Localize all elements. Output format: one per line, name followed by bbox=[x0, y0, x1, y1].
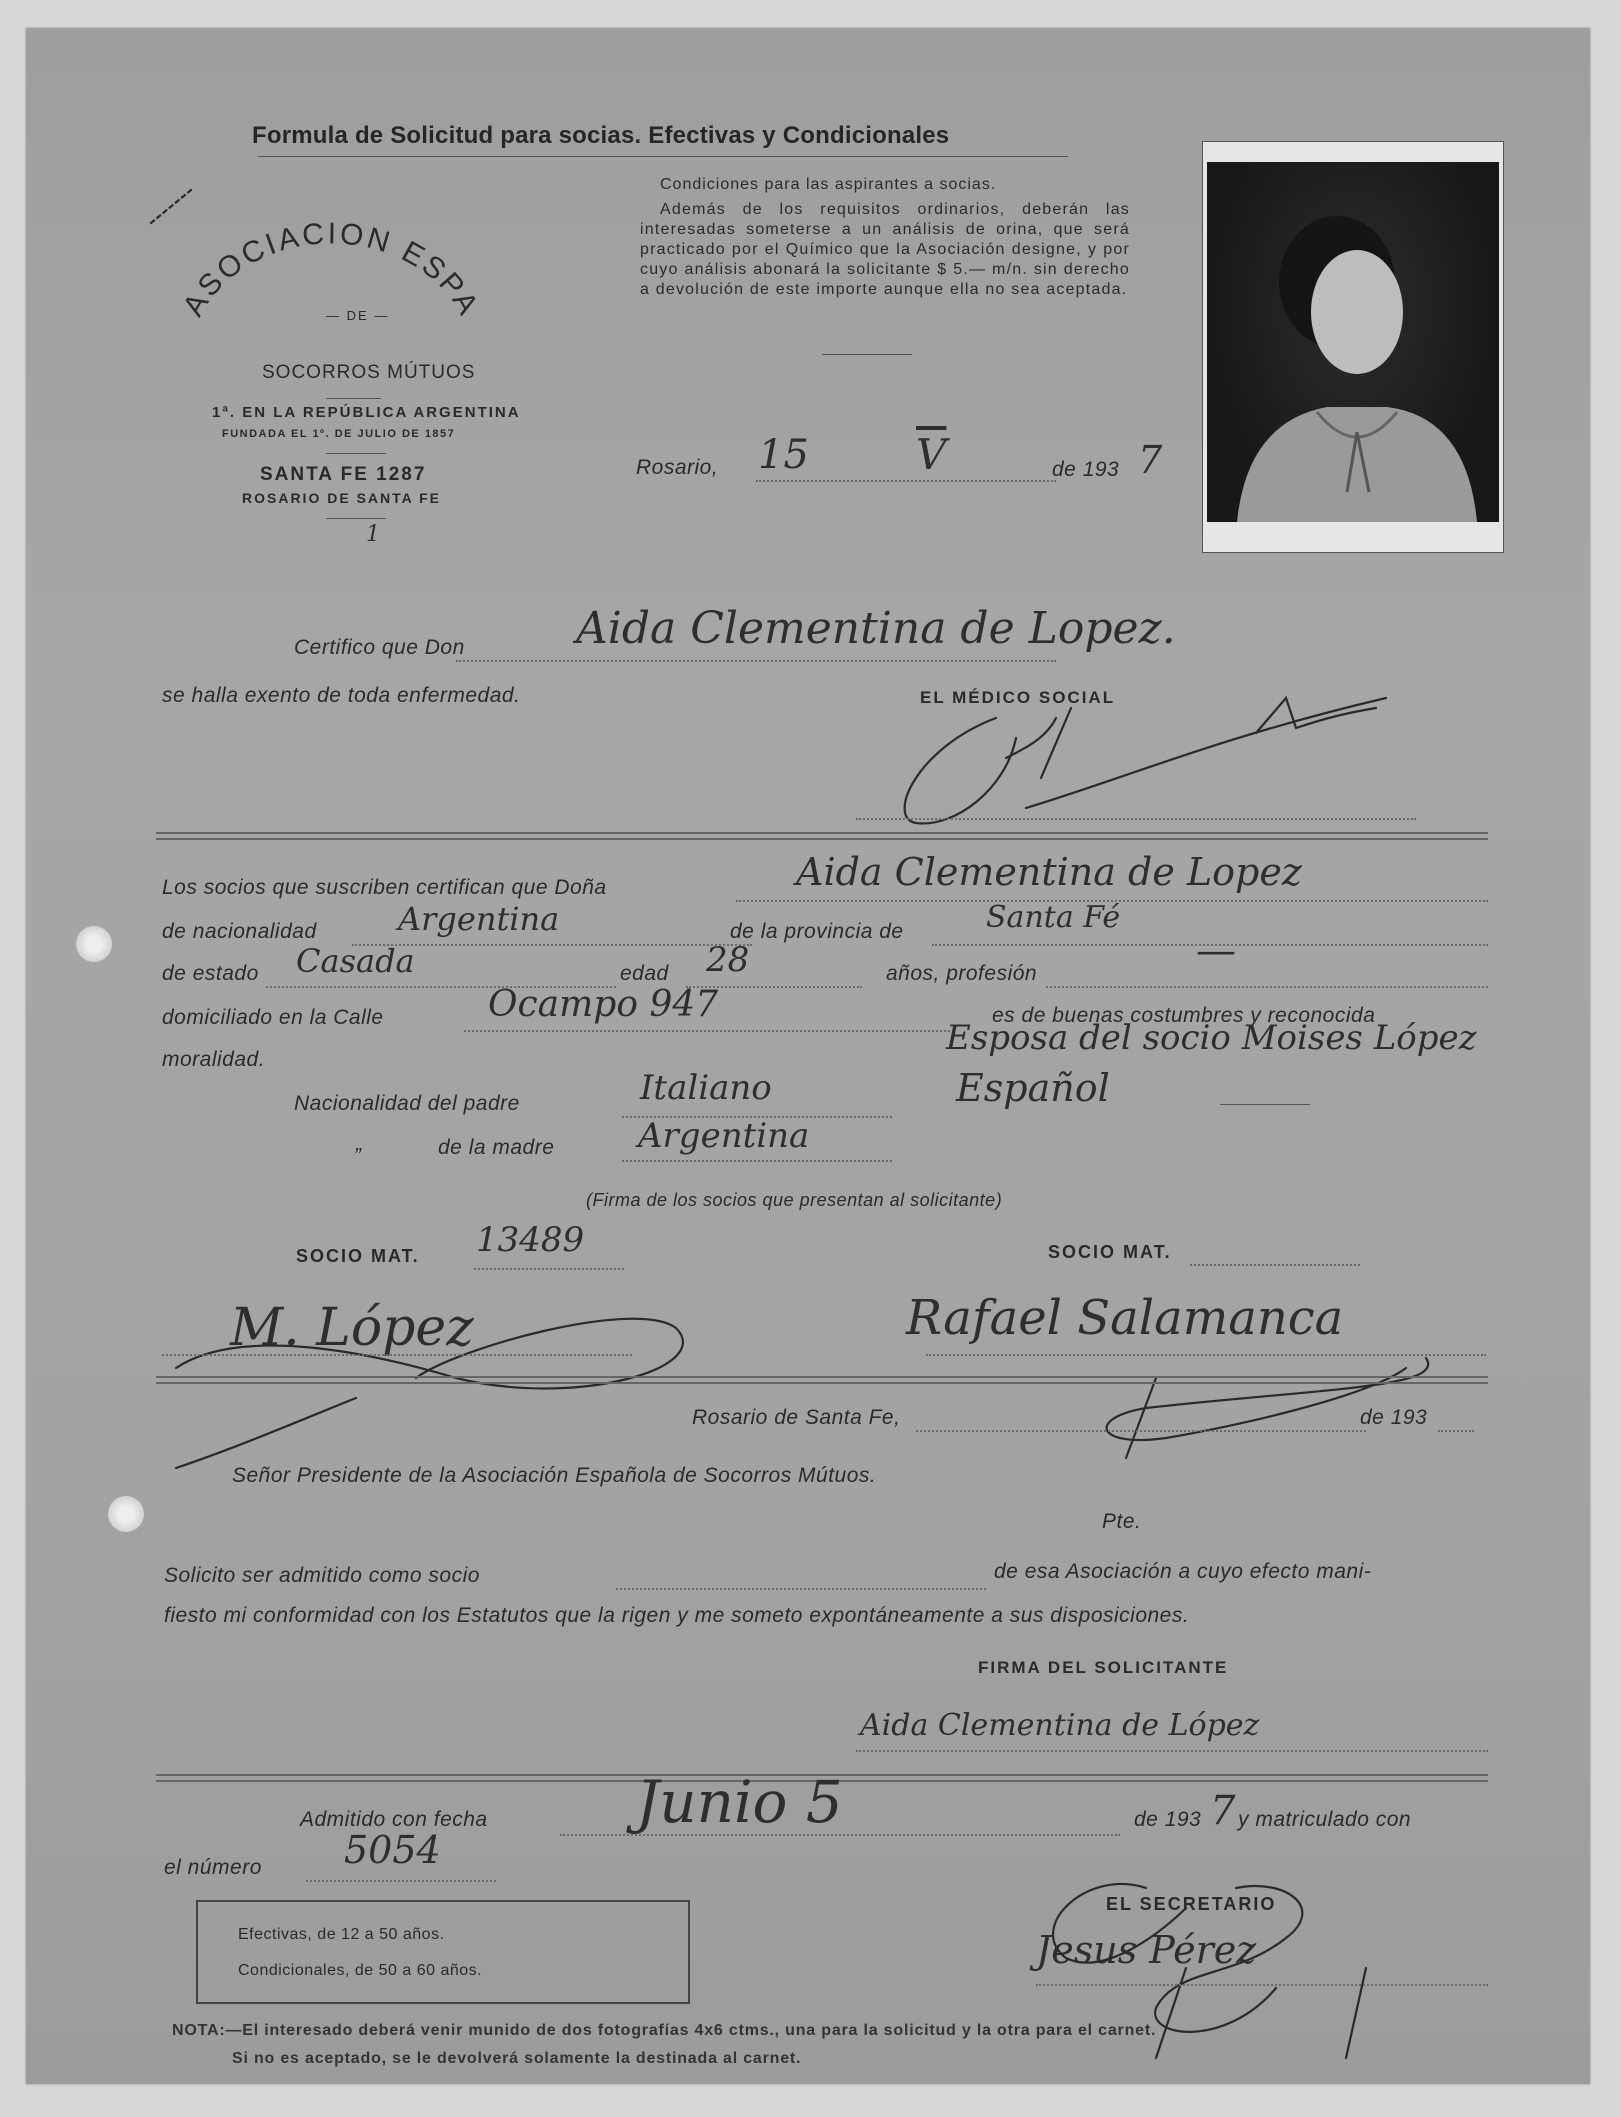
request-line-1b: de esa Asociación a cuyo efecto mani- bbox=[994, 1560, 1371, 1584]
age-label: edad bbox=[620, 962, 669, 986]
membership-type-field[interactable] bbox=[616, 1588, 986, 1590]
age-value: 28 bbox=[706, 940, 749, 980]
certify-name-value: Aida Clementina de Lopez. bbox=[576, 603, 1176, 654]
date-month-value: V bbox=[916, 430, 946, 479]
sponsor-1-mat-number: 13489 bbox=[476, 1220, 584, 1260]
years-profession-label: años, profesión bbox=[886, 962, 1037, 986]
morals-label-2: moralidad. bbox=[162, 1048, 265, 1072]
application-form-page: Formula de Solicitud para socias. Efecti… bbox=[26, 28, 1590, 2084]
date-day-field[interactable] bbox=[756, 480, 1056, 482]
note-line-2: Si no es aceptado, se le devolverá solam… bbox=[232, 2050, 801, 2068]
letterhead-city: ROSARIO DE SANTA FE bbox=[242, 490, 441, 506]
nationality-value: Argentina bbox=[398, 900, 559, 938]
request-line-2: fiesto mi conformidad con los Estatutos … bbox=[164, 1604, 1189, 1628]
applicant-photo bbox=[1202, 141, 1504, 553]
conditions-rule bbox=[822, 354, 912, 355]
pen-mark bbox=[146, 178, 206, 238]
sponsor-2-mat-field[interactable] bbox=[1190, 1264, 1360, 1266]
marital-value: Casada bbox=[296, 942, 415, 980]
sponsor-name-value: Aida Clementina de Lopez bbox=[796, 850, 1302, 894]
letterhead-name: SOCORROS MÚTUOS bbox=[262, 362, 475, 384]
section-divider-2 bbox=[156, 1376, 1488, 1384]
province-value: Santa Fé bbox=[986, 900, 1120, 935]
sponsor-2-signature-line[interactable] bbox=[926, 1354, 1486, 1356]
applicant-signature-label: FIRMA DEL SOLICITANTE bbox=[978, 1658, 1228, 1678]
address-label: domiciliado en la Calle bbox=[162, 1006, 384, 1030]
request-place-label: Rosario de Santa Fe, bbox=[692, 1406, 900, 1430]
sponsor-1-mat-label: SOCIO MAT. bbox=[296, 1246, 420, 1267]
punch-hole-top bbox=[76, 926, 112, 962]
sponsor-2-signature: Rafael Salamanca bbox=[906, 1290, 1343, 1346]
mother-nationality-label: de la madre bbox=[438, 1136, 554, 1160]
age-box-line-2: Condicionales, de 50 a 60 años. bbox=[238, 1962, 482, 1980]
mother-nationality-value: Argentina bbox=[638, 1116, 809, 1156]
date-place-label: Rosario, bbox=[636, 456, 718, 480]
profession-field[interactable] bbox=[1046, 986, 1488, 988]
address-field[interactable] bbox=[464, 1030, 954, 1032]
address-value: Ocampo 947 bbox=[488, 984, 718, 1025]
title-underline bbox=[258, 156, 1068, 157]
age-box-line-1: Efectivas, de 12 a 50 años. bbox=[238, 1926, 445, 1944]
mother-nationality-field[interactable] bbox=[622, 1160, 892, 1162]
sponsors-sign-caption: (Firma de los socios que presentan al so… bbox=[586, 1190, 1002, 1211]
portrait-photo-icon bbox=[1207, 162, 1499, 522]
sponsor-1-signature-flourish bbox=[156, 1308, 756, 1468]
letterhead-rule-3 bbox=[326, 518, 386, 519]
date-year-digit: 7 bbox=[1138, 438, 1162, 482]
applicant-signature-line[interactable] bbox=[856, 1750, 1488, 1752]
letterhead-de: — DE — bbox=[326, 308, 389, 323]
punch-hole-bottom bbox=[108, 1496, 144, 1532]
conditions-body: Además de los requisitos ordinarios, deb… bbox=[640, 200, 1130, 300]
father-nationality-annotation: Español bbox=[956, 1066, 1110, 1110]
letterhead-rule-1 bbox=[326, 398, 381, 399]
certify-label: Certifico que Don bbox=[294, 636, 465, 660]
doctor-signature-line[interactable] bbox=[856, 818, 1416, 820]
doctor-signature bbox=[876, 678, 1416, 838]
applicant-signature: Aida Clementina de López bbox=[860, 1708, 1259, 1743]
nationality-label: de nacionalidad bbox=[162, 920, 317, 944]
father-annotation-dash bbox=[1220, 1104, 1310, 1105]
admission-date-value: Junio 5 bbox=[636, 1768, 843, 1836]
father-nationality-label: Nacionalidad del padre bbox=[294, 1092, 520, 1116]
handwritten-page-mark: 1 bbox=[366, 522, 380, 547]
sponsors-intro-label: Los socios que suscriben certifican que … bbox=[162, 876, 607, 900]
letterhead-founded: FUNDADA EL 1º. DE JULIO DE 1857 bbox=[222, 428, 455, 440]
date-year-label: de 193 bbox=[1052, 458, 1119, 482]
request-year-label: de 193 bbox=[1360, 1406, 1427, 1430]
admission-registered-label: y matriculado con bbox=[1238, 1808, 1411, 1832]
marital-label: de estado bbox=[162, 962, 259, 986]
sponsor-1-signature-line[interactable] bbox=[162, 1354, 632, 1356]
profession-value: — bbox=[1196, 928, 1236, 974]
request-line-1a: Solicito ser admitido como socio bbox=[164, 1564, 480, 1588]
admission-year-digit: 7 bbox=[1210, 1788, 1235, 1834]
admission-number-value: 5054 bbox=[344, 1828, 441, 1872]
addressee: Señor Presidente de la Asociación Españo… bbox=[232, 1464, 876, 1488]
letterhead-address: SANTA FE 1287 bbox=[260, 464, 426, 486]
admission-year-label: de 193 bbox=[1134, 1808, 1201, 1832]
date-day-value: 15 bbox=[758, 432, 809, 478]
admission-number-label: el número bbox=[164, 1856, 262, 1880]
letterhead-rule-2 bbox=[326, 453, 386, 454]
secretary-signature-line[interactable] bbox=[1036, 1984, 1488, 1986]
addressee-pte: Pte. bbox=[1102, 1510, 1141, 1534]
spouse-annotation: Esposa del socio Moises López bbox=[946, 1018, 1477, 1058]
mother-ditto-mark: „ bbox=[356, 1132, 364, 1156]
sponsor-2-mat-label: SOCIO MAT. bbox=[1048, 1242, 1172, 1263]
sponsor-2-signature-flourish bbox=[1026, 1348, 1446, 1458]
sponsor-1-mat-field[interactable] bbox=[474, 1268, 624, 1270]
conditions-heading: Condiciones para las aspirantes a socias… bbox=[660, 176, 996, 194]
admission-number-field[interactable] bbox=[306, 1880, 496, 1882]
form-title: Formula de Solicitud para socias. Efecti… bbox=[252, 122, 949, 150]
father-nationality-value: Italiano bbox=[640, 1068, 772, 1108]
section-divider-1 bbox=[156, 832, 1488, 840]
request-year-field[interactable] bbox=[1438, 1430, 1474, 1432]
association-name-arc: ASOCIACION ESPAÑOLA bbox=[166, 178, 486, 323]
note-line-1: NOTA:—El interesado deberá venir munido … bbox=[172, 2022, 1156, 2040]
certify-name-field[interactable] bbox=[456, 660, 1056, 662]
request-date-field[interactable] bbox=[916, 1430, 1366, 1432]
letterhead-subtitle: 1ª. EN LA REPÚBLICA ARGENTINA bbox=[212, 404, 521, 421]
province-label: de la provincia de bbox=[730, 920, 904, 944]
exempt-statement: se halla exento de toda enfermedad. bbox=[162, 684, 520, 708]
membership-age-box: Efectivas, de 12 a 50 años. Condicionale… bbox=[196, 1900, 690, 2004]
